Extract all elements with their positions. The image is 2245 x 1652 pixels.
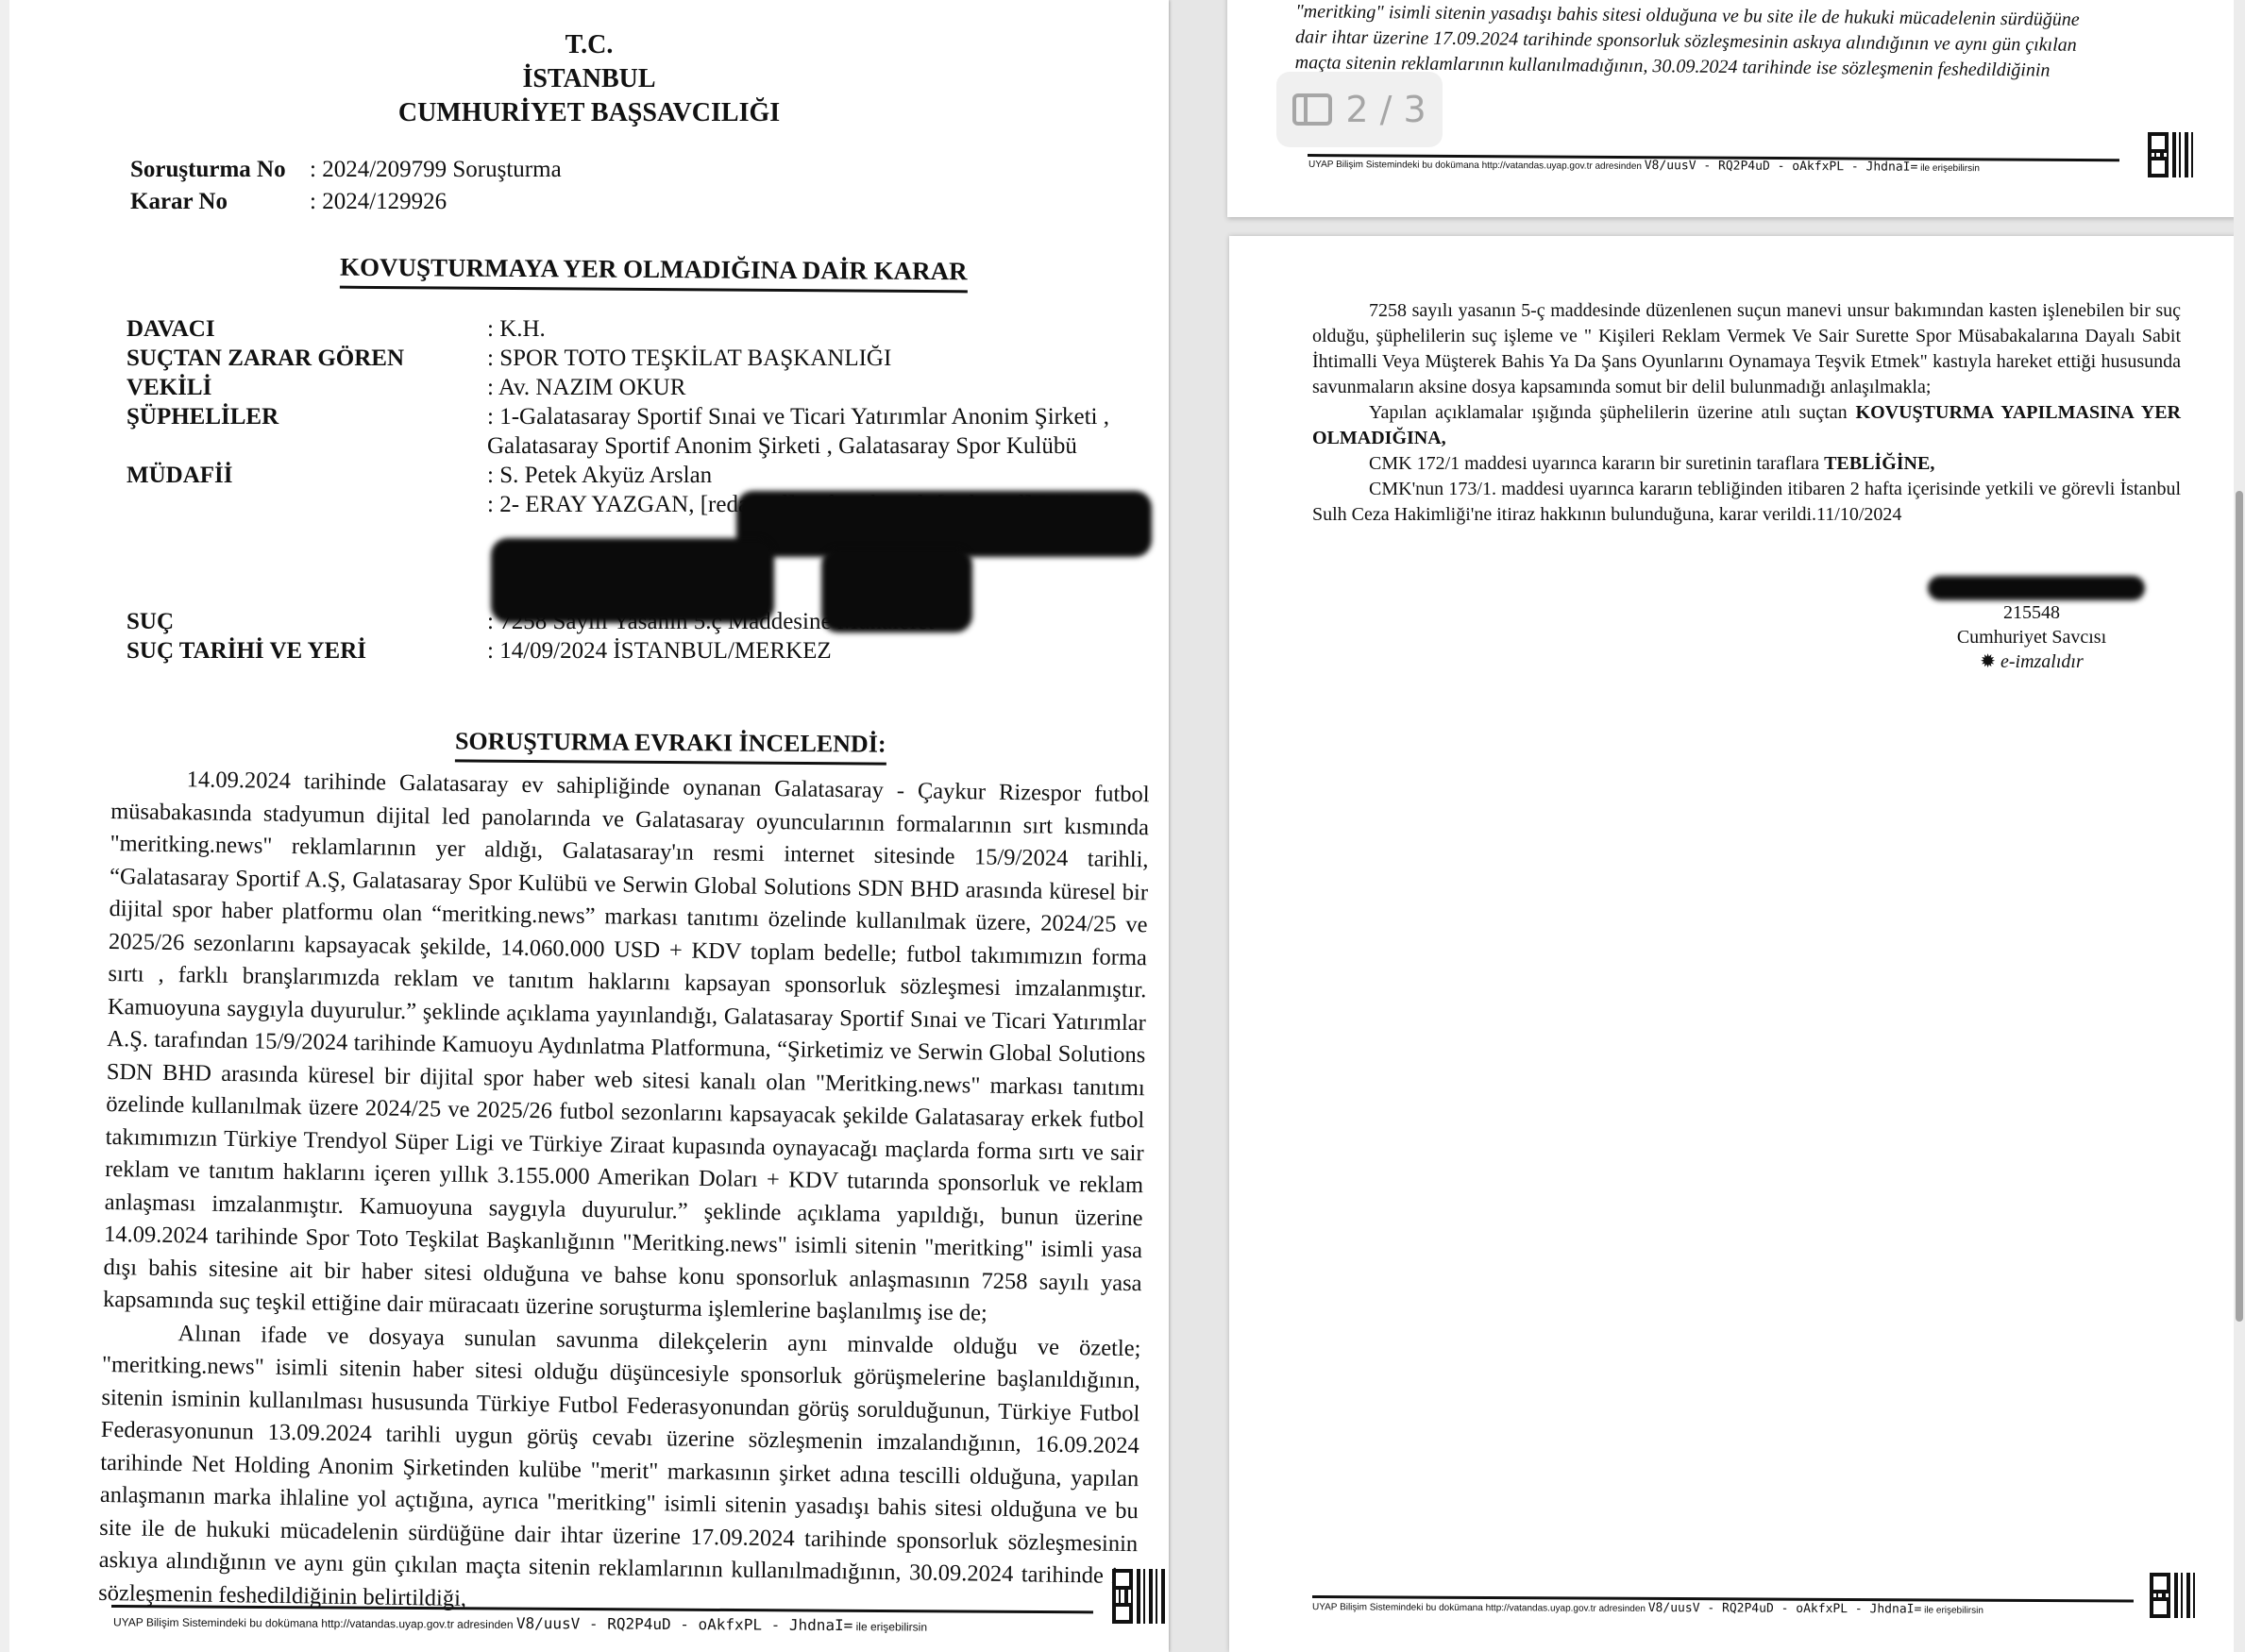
header-office: CUMHURİYET BAŞSAVCILIĞI	[9, 96, 1169, 130]
redacted-name	[1928, 576, 2145, 600]
signature-block: 215548 Cumhuriyet Savcısı ✹ e-imzalıdır	[1909, 576, 2154, 674]
qr-code-icon	[2150, 1573, 2195, 1618]
body-text: 14.09.2024 tarihinde Galatasaray ev sahi…	[98, 763, 1150, 1626]
sidebar-icon	[1292, 93, 1332, 126]
body-paragraph: Alınan ifade ve dosyaya sunulan savunma …	[98, 1316, 1141, 1626]
registry-number: 215548	[1909, 600, 2154, 625]
qr-code-icon	[1112, 1569, 1167, 1624]
investigation-number: Soruşturma No: 2024/209799 Soruşturma	[130, 155, 562, 185]
page3-body: 7258 sayılı yasanın 5-ç maddesinde düzen…	[1312, 298, 2181, 528]
document-page-3: 7258 sayılı yasanın 5-ç maddesinde düzen…	[1229, 236, 2237, 1652]
party-row: VEKİLİ: Av. NAZIM OKUR	[127, 373, 1156, 402]
decision-paragraph: Yapılan açıklamalar ışığında şüphelileri…	[1312, 400, 2181, 451]
uyap-footer: UYAP Bilişim Sistemindeki bu dokümana ht…	[1308, 157, 1980, 175]
document-page-1: T.C. İSTANBUL CUMHURİYET BAŞSAVCILIĞI So…	[0, 0, 1169, 1652]
page-indicator[interactable]: 2 / 3	[1276, 72, 1443, 147]
body-paragraph: 7258 sayılı yasanın 5-ç maddesinde düzen…	[1312, 298, 2181, 400]
party-row: MÜDAFİİ: S. Petek Akyüz Arslan	[127, 461, 1156, 490]
redaction-mark	[491, 538, 774, 623]
header-tc: T.C.	[9, 28, 1169, 62]
notify-paragraph: CMK 172/1 maddesi uyarınca kararın bir s…	[1312, 451, 2181, 477]
party-row: SUÇTAN ZARAR GÖREN: SPOR TOTO TEŞKİLAT B…	[127, 344, 1156, 373]
scrollbar-thumb[interactable]	[2236, 491, 2243, 1322]
uyap-footer: UYAP Bilişim Sistemindeki bu dokümana ht…	[113, 1611, 927, 1634]
party-row: ŞÜPHELİLER: 1-Galatasaray Sportif Sınai …	[127, 402, 1156, 461]
qr-code-icon	[2148, 132, 2193, 177]
body-paragraph: 14.09.2024 tarihinde Galatasaray ev sahi…	[103, 763, 1150, 1333]
seal-icon: ✹	[1980, 651, 1996, 672]
signatory-title: Cumhuriyet Savcısı	[1909, 625, 2154, 649]
appeal-paragraph: CMK'nun 173/1. maddesi uyarınca kararın …	[1312, 477, 2181, 528]
decision-number: Karar No: 2024/129926	[130, 187, 447, 217]
party-row: SUÇ TARİHİ VE YERİ: 14/09/2024 İSTANBUL/…	[127, 636, 1156, 666]
uyap-footer: UYAP Bilişim Sistemindeki bu dokümana ht…	[1312, 1599, 1983, 1617]
decision-title: KOVUŞTURMAYA YER OLMADIĞINA DAİR KARAR	[340, 253, 968, 294]
section-title: SORUŞTURMA EVRAKI İNCELENDİ:	[455, 727, 886, 765]
esign-label: ✹ e-imzalıdır	[1909, 649, 2154, 674]
header-city: İSTANBUL	[9, 62, 1169, 96]
party-row: DAVACI: K.H.	[127, 314, 1156, 344]
redaction-mark	[821, 548, 972, 632]
